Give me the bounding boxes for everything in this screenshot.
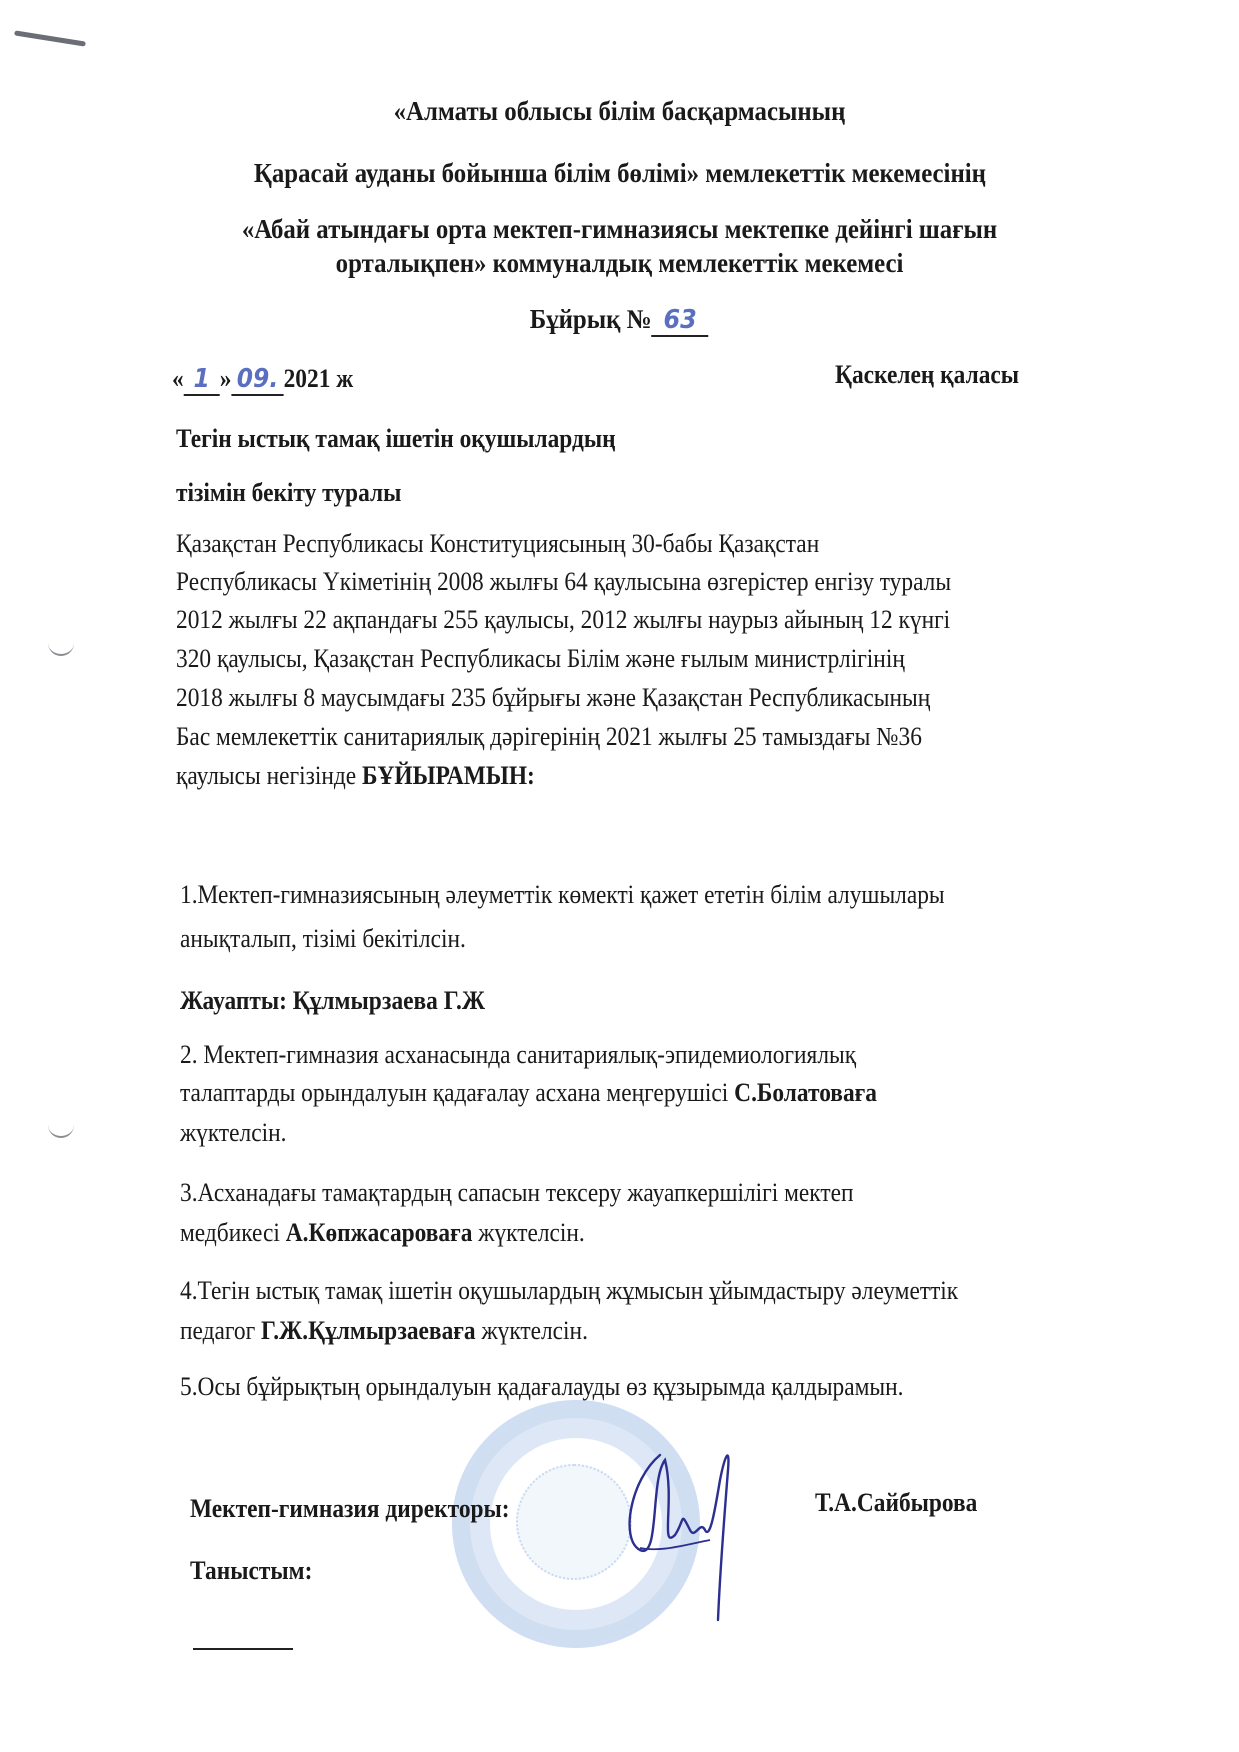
punch-hole-mark	[48, 640, 74, 656]
preamble-line: 320 қаулысы, Қазақстан Республикасы Білі…	[176, 644, 905, 674]
scan-artifact-mark	[14, 30, 86, 46]
preamble-last-line: қаулысы негізінде БҰЙЫРАМЫН:	[176, 761, 535, 791]
order-item-3-line-2: медбикесі А.Көпжасароваға жүктелсін.	[180, 1218, 585, 1248]
header-line-3: «Абай атындағы орта мектеп-гимназиясы ме…	[0, 214, 1239, 245]
order-label: Бұйрық №	[530, 304, 652, 334]
punch-hole-mark	[48, 1122, 74, 1138]
preamble-line: Бас мемлекеттік санитариялық дәрігерінің…	[176, 722, 922, 752]
preamble-line: 2012 жылғы 22 ақпандағы 255 қаулысы, 201…	[176, 605, 950, 635]
acknowledgement-signature-line	[193, 1648, 293, 1650]
stamp-emblem	[516, 1464, 632, 1580]
date-year: 2021 ж	[284, 364, 354, 393]
order-item-5: 5.Осы бұйрықтың орындалуын қадағалауды ө…	[180, 1372, 904, 1402]
order-directive: БҰЙЫРАМЫН:	[362, 761, 535, 790]
order-item-3-line-1: 3.Асханадағы тамақтардың сапасын тексеру…	[180, 1178, 853, 1208]
order-place: Қаскелең қаласы	[835, 360, 1019, 390]
order-item-2-line-3: жүктелсін.	[180, 1118, 286, 1148]
date-month-field: 09.	[231, 364, 283, 396]
order-number: Бұйрық №63	[0, 304, 1239, 337]
director-label: Мектеп-гимназия директоры:	[190, 1494, 510, 1524]
document-page: «Алматы облысы білім басқармасының Қарас…	[0, 0, 1239, 1752]
preamble-line: Қазақстан Республикасы Конституциясының …	[176, 529, 819, 559]
preamble-line: 2018 жылғы 8 маусымдағы 235 бұйрығы және…	[176, 683, 930, 713]
preamble-line: Республикасы Үкіметінің 2008 жылғы 64 қа…	[176, 567, 951, 597]
header-line-1: «Алматы облысы білім басқармасының	[0, 96, 1239, 127]
order-item-1-line-1: 1.Мектеп-гимназиясының әлеуметтік көмект…	[180, 880, 945, 910]
order-item-2-line-2: талаптарды орындалуын қадағалау асхана м…	[180, 1078, 877, 1108]
signature-icon	[620, 1420, 750, 1630]
order-item-4-line-2: педагог Г.Ж.Құлмырзаеваға жүктелсін.	[180, 1316, 588, 1346]
order-title-line-1: Тегін ыстық тамақ ішетін оқушылардың	[176, 424, 616, 454]
order-number-field: 63	[652, 304, 709, 337]
header-line-2: Қарасай ауданы бойынша білім бөлімі» мем…	[0, 158, 1239, 189]
order-number-handwritten: 63	[664, 305, 697, 335]
order-item-4-line-1: 4.Тегін ыстық тамақ ішетін оқушылардың ж…	[180, 1276, 958, 1306]
order-item-2-line-1: 2. Мектеп-гимназия асханасында санитария…	[180, 1040, 856, 1070]
header-line-4: орталықпен» коммуналдық мемлекеттік меке…	[0, 248, 1239, 279]
responsible-person: Жауапты: Құлмырзаева Г.Ж	[180, 986, 485, 1016]
order-title-line-2: тізімін бекіту туралы	[176, 478, 401, 508]
order-date: «1»09.2021 ж	[172, 364, 353, 396]
acknowledged-label: Таныстым:	[190, 1556, 312, 1586]
date-day-field: 1	[184, 364, 220, 396]
director-name: Т.А.Сайбырова	[815, 1488, 977, 1518]
order-item-1-line-2: анықталып, тізімі бекітілсін.	[180, 924, 466, 954]
